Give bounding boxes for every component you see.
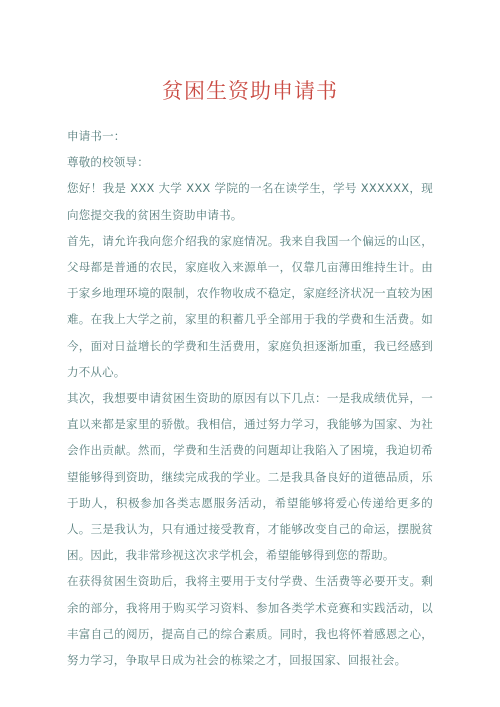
document-page: 贫困生资助申请书 申请书一： 尊敬的校领导： 您好！我是 XXX 大学 XXX …	[0, 0, 500, 707]
paragraph-family-situation: 首先，请允许我向您介绍我的家庭情况。我来自我国一个偏远的山区，父母都是普通的农民…	[67, 228, 433, 385]
paragraph-fund-usage-plan: 在获得贫困生资助后，我将主要用于支付学费、生活费等必要开支。剩余的部分，我将用于…	[67, 568, 433, 673]
document-body: 申请书一： 尊敬的校领导： 您好！我是 XXX 大学 XXX 学院的一名在读学生…	[67, 123, 433, 673]
paragraph-introduction: 您好！我是 XXX 大学 XXX 学院的一名在读学生，学号 XXXXXX，现向您…	[67, 175, 433, 227]
application-label-line: 申请书一：	[67, 123, 433, 149]
document-title: 贫困生资助申请书	[67, 76, 433, 106]
salutation-line: 尊敬的校领导：	[67, 149, 433, 175]
paragraph-application-reasons: 其次，我想要申请贫困生资助的原因有以下几点：一是我成绩优异，一直以来都是家里的骄…	[67, 385, 433, 568]
